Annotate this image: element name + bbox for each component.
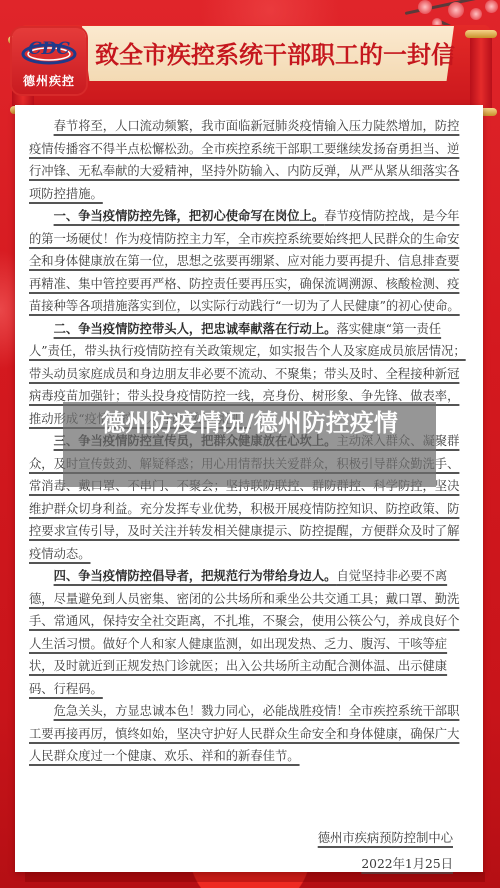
letter-paper: 春节将至，人口流动频繁，我市面临新冠肺炎疫情输入压力陡然增加，防控疫情传播容不得… [15, 105, 483, 872]
section-body: 自觉坚持非必要不离德，尽量避免到人员密集、密闭的公共场所和乘坐公共交通工具；戴口… [29, 569, 459, 696]
letter-signature: 德州市疾病预防控制中心 2022年1月25日 [318, 825, 453, 877]
letter-section: 一、争当疫情防控先锋，把初心使命写在岗位上。春节疫情防控战，是今年的第一场硬仗！… [29, 205, 467, 318]
paper-shadow [25, 872, 485, 882]
letter-intro: 春节将至，人口流动频繁，我市面临新冠肺炎疫情输入压力陡然增加，防控疫情传播容不得… [29, 115, 467, 205]
page-title: 致全市疾控系统干部职工的一封信 [95, 36, 455, 74]
logo-abbr: CDC [28, 39, 70, 59]
section-heading: 一、争当疫情防控先锋，把初心使命写在岗位上。 [54, 209, 325, 223]
logo-text: 德州疾控 [12, 72, 86, 89]
caption-overlay: 德州防疫情况/德州防控疫情 [63, 402, 436, 487]
section-body: 春节疫情防控战，是今年的第一场硬仗！作为疫情防控主力军，全市疾控系统要始终把人民… [29, 209, 460, 313]
signature-org: 德州市疾病预防控制中心 [318, 825, 453, 851]
cdc-logo: CDC 德州疾控 [12, 28, 86, 94]
scroll-roll-right [470, 35, 492, 113]
scroll-cap [465, 30, 497, 38]
letter-section: 四、争当疫情防控倡导者，把规范行为带给身边人。自觉坚持非必要不离德，尽量避免到人… [29, 565, 467, 700]
letter-closing: 危急关头，方显忠诚本色！戮力同心，必能战胜疫情！全市疾控系统干部职工要再接再厉，… [29, 700, 467, 768]
cdc-logo-icon: CDC [20, 34, 78, 68]
caption-text: 德州防疫情况/德州防控疫情 [63, 406, 436, 440]
section-heading: 二、争当疫情防控带头人，把忠诚奉献落在行动上。 [54, 322, 337, 336]
section-heading: 四、争当疫情防控倡导者，把规范行为带给身边人。 [54, 569, 337, 583]
